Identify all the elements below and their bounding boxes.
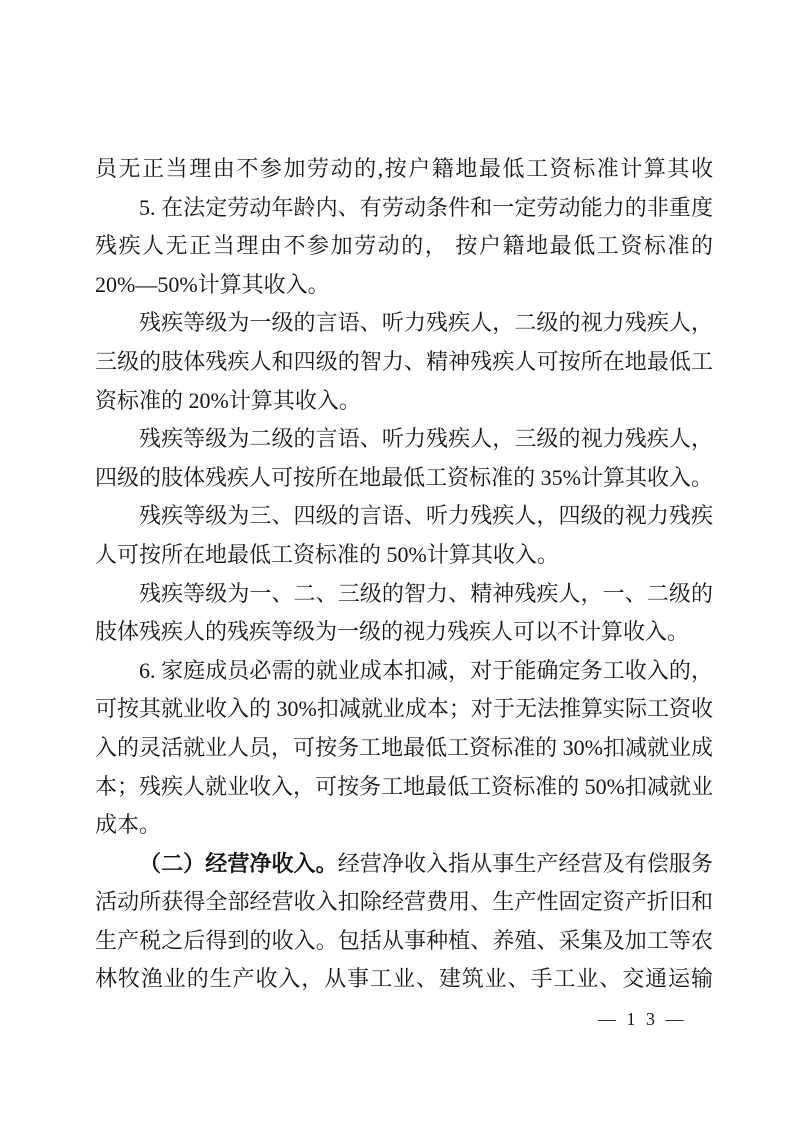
text-line: 6. 家庭成员必需的就业成本扣减，对于能确定务工收入的， [95,652,713,691]
text-line: 20%—50%计算其收入。 [95,266,713,305]
text-line: （二）经营净收入。经营净收入指从事生产经营及有偿服务 [95,845,713,884]
text-line: 人可按所在地最低工资标准的 50%计算其收入。 [95,536,713,575]
text-line: 残疾等级为三、四级的言语、听力残疾人，四级的视力残疾 [95,497,713,536]
text-line: 残疾人无正当理由不参加劳动的， 按户籍地最低工资标准的 [95,227,713,266]
text-line: 活动所获得全部经营收入扣除经营费用、生产性固定资产折旧和 [95,883,713,922]
text-line: 入的灵活就业人员，可按务工地最低工资标准的 30%扣减就业成 [95,729,713,768]
text-line: 四级的肢体残疾人可按所在地最低工资标准的 35%计算其收入。 [95,459,713,498]
text-line: 林牧渔业的生产收入，从事工业、建筑业、手工业、交通运输业、 [95,960,713,999]
document-page: 员无正当理由不参加劳动的,按户籍地最低工资标准计算其收入。5. 在法定劳动年龄内… [0,0,793,1122]
text-line: 本；残疾人就业收入，可按务工地最低工资标准的 50%扣减就业 [95,768,713,807]
text-line: 可按其就业收入的 30%扣减就业成本；对于无法推算实际工资收 [95,690,713,729]
text-line: 残疾等级为一、二、三级的智力、精神残疾人，一、二级的 [95,575,713,614]
bold-heading: （二）经营净收入。 [139,851,338,876]
text-line: 肢体残疾人的残疾等级为一级的视力残疾人可以不计算收入。 [95,613,713,652]
text-line: 残疾等级为一级的言语、听力残疾人，二级的视力残疾人， [95,304,713,343]
text-line: 资标准的 20%计算其收入。 [95,382,713,421]
text-line: 员无正当理由不参加劳动的,按户籍地最低工资标准计算其收入。 [95,150,713,189]
page-number: — 1 3 — [598,1008,687,1030]
document-body: 员无正当理由不参加劳动的,按户籍地最低工资标准计算其收入。5. 在法定劳动年龄内… [95,150,713,999]
text-line: 成本。 [95,806,713,845]
text-line: 5. 在法定劳动年龄内、有劳动条件和一定劳动能力的非重度 [95,189,713,228]
text-line: 三级的肢体残疾人和四级的智力、精神残疾人可按所在地最低工 [95,343,713,382]
text-line: 生产税之后得到的收入。包括从事种植、养殖、采集及加工等农 [95,922,713,961]
text-line: 残疾等级为二级的言语、听力残疾人，三级的视力残疾人， [95,420,713,459]
